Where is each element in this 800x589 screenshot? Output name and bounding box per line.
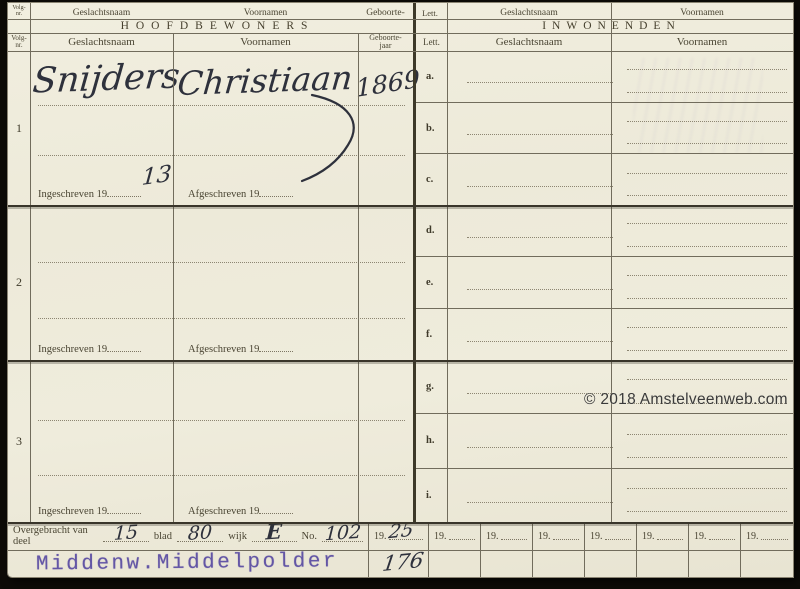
inwonende-row-d: d. [416, 205, 793, 257]
overgebracht-cell: Overgebracht van deel 15 blad 80 wijk E … [8, 522, 369, 550]
letter-label: e. [416, 257, 457, 308]
grid-line [8, 19, 793, 20]
dotted-leader [107, 188, 141, 197]
dotted-leader [259, 505, 293, 514]
ingeschreven-label: Ingeschreven 19 [38, 505, 141, 517]
wijk-label: wijk [228, 531, 247, 542]
inwonenden-title: INWONENDEN [416, 19, 800, 33]
stamp-cell: Middenw.Middelpolder [8, 550, 369, 577]
hoofdbewoner-row-1: 1 Snijders Christiaan 1869 13 Ingeschrev… [8, 51, 413, 205]
year-cell: 19. [533, 522, 585, 550]
inwonenden-group-3: g. h. i. [416, 360, 793, 522]
grid-line [8, 550, 793, 551]
geslachtsnaam-cell [457, 414, 621, 467]
year-cell: 19. [637, 522, 689, 550]
empty-cell [637, 550, 689, 577]
letter-label: i. [416, 469, 457, 522]
inwonenden-group-2: d. e. f. [416, 205, 793, 360]
register-card: Volg- nr. Geslachtsnaam Voornamen Geboor… [8, 3, 793, 577]
empty-cell [481, 550, 533, 577]
strip-geslachtsnaam-header: Geslachtsnaam [30, 3, 173, 19]
geslachtsnaam-cell [457, 469, 621, 522]
inwonende-row-f: f. [416, 309, 793, 360]
dotted-leader [449, 532, 476, 540]
address-stamp: Middenw.Middelpolder [8, 550, 338, 576]
strip-geslachtsnaam-right-header: Geslachtsnaam [447, 3, 611, 19]
geslachtsnaam-cell [457, 309, 621, 360]
blad-blank: 80 [177, 530, 223, 542]
dotted-leader [259, 343, 293, 352]
strip-lett-header: Lett. [413, 3, 447, 19]
grid-line [358, 33, 359, 522]
voornamen-cell [621, 205, 793, 256]
section-divider-line [413, 3, 416, 522]
letter-label: b. [416, 103, 457, 154]
voornamen-cell [621, 414, 793, 467]
dotted-leader [107, 343, 141, 352]
no-label: No. [302, 531, 317, 542]
ingeschreven-label: Ingeschreven 19 [38, 343, 141, 355]
column-header-geboortejaar: Geboorte- jaar [358, 33, 413, 51]
inwonenden-column-headers: Lett. Geslachtsnaam Voornamen [416, 33, 793, 51]
ingeschreven-label: Ingeschreven 19 [38, 188, 141, 200]
letter-label: g. [416, 360, 457, 413]
row-number: 3 [8, 360, 30, 522]
section-divider-line [8, 205, 793, 207]
grid-line [8, 51, 793, 52]
grid-line [447, 3, 448, 522]
copyright-watermark: © 2018 Amstelveenweb.com [584, 391, 788, 409]
hoofdbewoners-column-headers: Volg- nr. Geslachtsnaam Voornamen Geboor… [8, 33, 413, 51]
empty-cell [429, 550, 481, 577]
geslachtsnaam-cell [457, 257, 621, 308]
deel-blank: 15 [103, 530, 149, 542]
no-blank: 102 [322, 530, 363, 542]
letter-label: c. [416, 154, 457, 205]
voornamen-cell [621, 154, 793, 205]
year-cell: 19. [689, 522, 741, 550]
empty-cell [533, 550, 585, 577]
hoofdbewoner-row-3: 3 Ingeschreven 19 Afgeschreven 19 [8, 360, 413, 522]
geslachtsnaam-cell [457, 51, 621, 102]
letter-label: a. [416, 51, 457, 102]
year-cell: 19. [585, 522, 637, 550]
transfer-number-cell: 176 [369, 550, 429, 577]
dotted-rule [38, 262, 405, 263]
section-divider-line [8, 522, 793, 524]
dotted-leader [605, 532, 632, 540]
blad-value-handwriting: 80 [187, 521, 212, 545]
strip-voornamen-header: Voornamen [173, 3, 358, 19]
column-header-voornamen-right: Voornamen [611, 33, 793, 51]
grid-line [30, 3, 31, 522]
dotted-leader [501, 532, 528, 540]
inwonende-row-i: i. [416, 469, 793, 522]
column-header-voornamen: Voornamen [173, 33, 358, 51]
row-number: 1 [8, 51, 30, 205]
column-header-geslachtsnaam: Geslachtsnaam [30, 33, 173, 51]
dotted-rule [38, 420, 405, 421]
voornamen-cell [621, 309, 793, 360]
column-header-volgnr: Volg- nr. [8, 33, 30, 51]
inwonende-row-h: h. [416, 414, 793, 468]
overgebracht-label: Overgebracht van deel [13, 525, 98, 547]
ink-flourish-stroke [298, 93, 378, 185]
voornamen-cell [621, 103, 793, 154]
afgeschreven-label: Afgeschreven 19 [188, 505, 293, 517]
year-cell: 19. [741, 522, 793, 550]
no-value-handwriting: 102 [324, 521, 362, 545]
photo-background: Volg- nr. Geslachtsnaam Voornamen Geboor… [0, 0, 800, 589]
surname-handwriting: Snijders [31, 56, 181, 101]
dotted-rule [38, 475, 405, 476]
strip-volgnr-header: Volg- nr. [8, 3, 30, 19]
geslachtsnaam-cell [457, 154, 621, 205]
inwonende-row-a: a. [416, 51, 793, 103]
deel-value-handwriting: 15 [113, 521, 138, 545]
year-cell: 19. [429, 522, 481, 550]
strip-geboorte-header: Geboorte- [358, 3, 413, 19]
blad-label: blad [154, 531, 172, 542]
column-header-lett: Lett. [416, 33, 447, 51]
transfer-row: Overgebracht van deel 15 blad 80 wijk E … [8, 522, 793, 550]
voornamen-cell [621, 51, 793, 102]
afgeschreven-label: Afgeschreven 19 [188, 343, 293, 355]
cut-top-strip: Volg- nr. Geslachtsnaam Voornamen Geboor… [8, 3, 793, 19]
letter-label: h. [416, 414, 457, 467]
dotted-leader [761, 532, 789, 540]
grid-line [611, 3, 612, 522]
letter-label: f. [416, 309, 457, 360]
voornamen-cell [621, 469, 793, 522]
inwonende-row-b: b. [416, 103, 793, 155]
geslachtsnaam-cell [457, 205, 621, 256]
dotted-leader [657, 532, 684, 540]
strip-voornamen-right-header: Voornamen [611, 3, 793, 19]
column-header-geslachtsnaam-right: Geslachtsnaam [447, 33, 611, 51]
stamp-row: Middenw.Middelpolder 176 [8, 550, 793, 577]
dotted-leader [107, 505, 141, 514]
dotted-leader [553, 532, 580, 540]
wijk-blank: E [252, 530, 297, 542]
inwonende-row-c: c. [416, 154, 793, 205]
year-cell-first: 19. 25 [369, 522, 429, 550]
row-number: 2 [8, 205, 30, 360]
dotted-rule [38, 318, 405, 319]
hoofdbewoners-title: HOOFDBEWONERS [8, 19, 420, 33]
grid-line [173, 33, 174, 522]
dotted-leader [259, 188, 293, 197]
hoofdbewoner-row-2: 2 Ingeschreven 19 Afgeschreven 19 [8, 205, 413, 360]
empty-cell [689, 550, 741, 577]
section-divider-line [8, 360, 793, 362]
letter-label: d. [416, 205, 457, 256]
dotted-leader [709, 532, 736, 540]
geslachtsnaam-cell [457, 103, 621, 154]
inwonende-row-e: e. [416, 257, 793, 309]
empty-cell [585, 550, 637, 577]
empty-cell [741, 550, 793, 577]
transfer-number-handwriting: 176 [381, 548, 425, 576]
voornamen-cell [621, 257, 793, 308]
inwonenden-group-1: a. b. c. [416, 51, 793, 205]
grid-line [8, 33, 793, 34]
afgeschreven-label: Afgeschreven 19 [188, 188, 293, 200]
ingeschreven-year-handwriting: 13 [141, 161, 173, 191]
year-cell: 19. [481, 522, 533, 550]
